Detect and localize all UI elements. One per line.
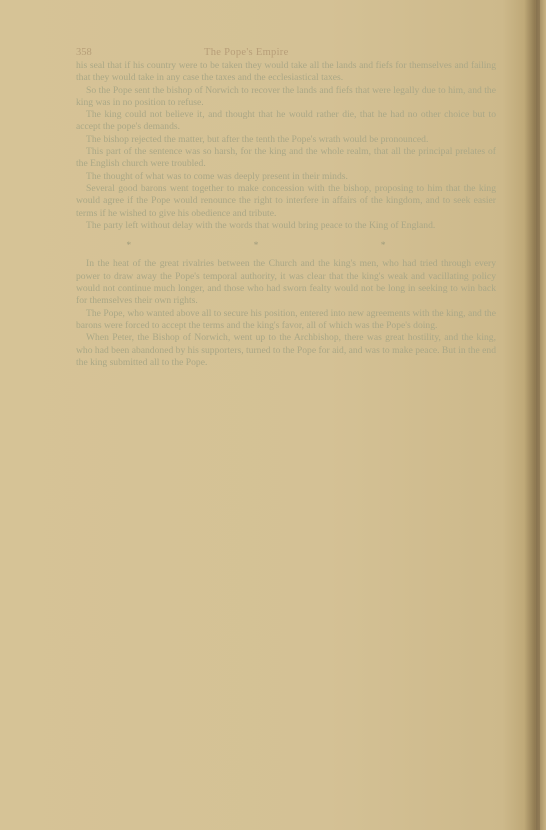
paragraph: In the heat of the great rivalries betwe… — [76, 258, 496, 307]
paragraph: The Pope, who wanted above all to secure… — [76, 308, 496, 333]
running-title: The Pope's Empire — [204, 47, 289, 58]
book-spine-edge — [536, 0, 540, 830]
scanned-book-page: 358 The Pope's Empire his seal that if h… — [0, 0, 546, 830]
section-break: * * * — [76, 240, 496, 252]
paragraph: his seal that if his country were to be … — [76, 60, 496, 85]
paragraph: The king could not believe it, and thoug… — [76, 109, 496, 134]
paragraph: When Peter, the Bishop of Norwich, went … — [76, 332, 496, 369]
paragraph: The thought of what was to come was deep… — [76, 171, 496, 183]
page-header: 358 The Pope's Empire — [76, 47, 496, 61]
paragraph: The bishop rejected the matter, but afte… — [76, 134, 496, 146]
paragraph: The party left without delay with the wo… — [76, 220, 496, 232]
paragraph: So the Pope sent the bishop of Norwich t… — [76, 85, 496, 110]
page-body: his seal that if his country were to be … — [76, 60, 496, 369]
page-number: 358 — [76, 47, 92, 58]
paragraph: Several good barons went together to mak… — [76, 183, 496, 220]
paragraph: This part of the sentence was so harsh, … — [76, 146, 496, 171]
